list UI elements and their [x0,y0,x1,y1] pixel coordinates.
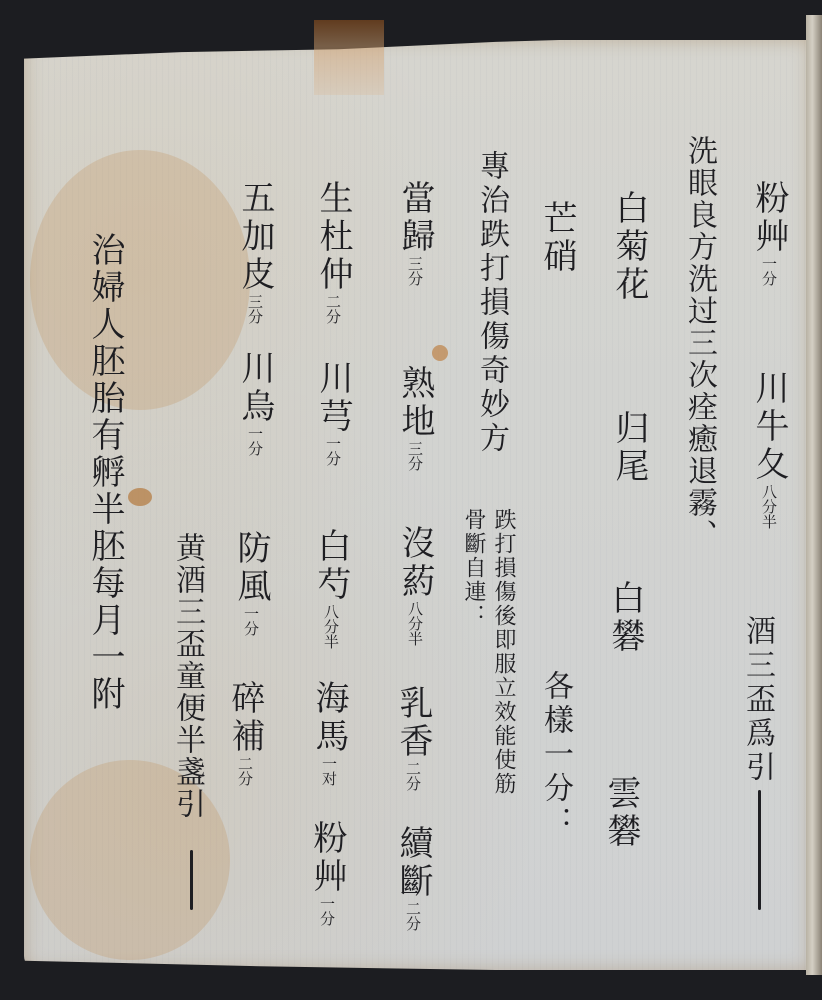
herb-entry: 归尾 [612,410,646,486]
column-note: 酒三盃爲引 [742,615,772,785]
recipe-title: 治婦人胚胎有孵半胚每月一附 [88,232,122,713]
herb-entry: 白菊花 [612,190,646,304]
herb-entry: 防風一分 [234,530,268,636]
recipe-subnote: 跌打損傷後即服立效能使筋 [492,508,514,796]
herb-entry: 海馬一对 [312,680,346,786]
recipe-title: 專治跌打損傷奇妙方 [476,150,506,456]
herb-entry: 續斷二分 [396,825,430,931]
herb-entry: 雲礬 [604,775,638,851]
end-line [190,850,193,910]
column-note: 各樣一分： [540,670,570,840]
herb-entry: 當歸三分 [398,180,432,286]
end-line [758,790,761,910]
herb-entry: 白礬 [608,580,642,656]
herb-entry: 沒葯八分半 [398,525,432,646]
herb-entry: 乳香二分 [396,685,430,791]
herb-entry: 川牛夂八分半 [752,370,786,529]
column-note: 黄酒三盃童便半盞引 [172,532,202,820]
book-spine [806,15,822,975]
herb-entry: 川烏一分 [238,350,272,456]
herb-entry: 生杜仲二分 [316,180,350,324]
herb-entry: 五加皮三分 [238,180,272,324]
recipe-title: 洗眼良方洗过三次痊癒退霧、 [684,135,714,551]
recipe-subnote: 骨斷自連： [462,508,484,628]
herb-entry: 粉艸一分 [752,180,786,286]
herb-entry: 碎補二分 [228,680,262,786]
tape-strip [314,20,384,95]
herb-entry: 川芎一分 [316,360,350,466]
herb-entry: 熟地三分 [398,365,432,471]
herb-entry: 白芍八分半 [314,528,348,649]
herb-entry: 芒硝 [540,200,574,276]
herb-entry: 粉艸一分 [310,820,344,926]
